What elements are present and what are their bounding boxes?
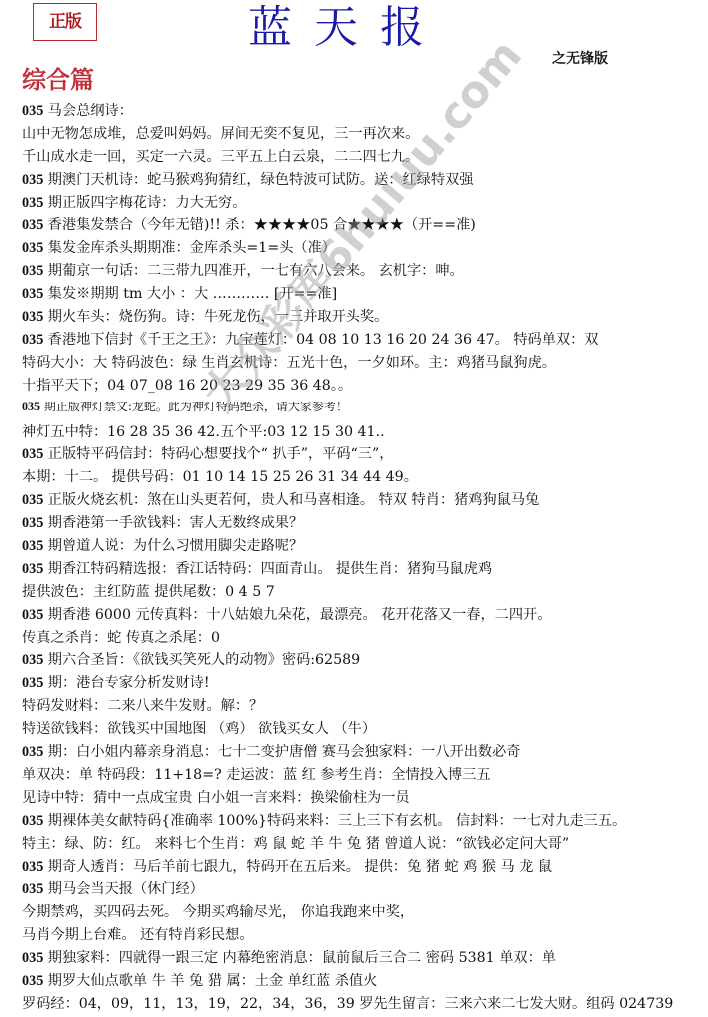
line-text: 期香港第一手欲钱料：害人无数终成果？ <box>43 515 303 531</box>
line-text: 特码大小：大 特码波色：绿 生肖玄机诗：五光十色，一夕如环。主：鸡猪马鼠狗虎。 <box>22 355 556 371</box>
text-line: 035 期罗大仙点歌单 牛 羊 兔 猎 属：土金 单红蓝 杀值火 <box>22 970 702 993</box>
text-line: 罗码经：04，09，11，13，19，22，34，36，39 罗先生留言：三来六… <box>22 993 702 1016</box>
text-line: 特送欲钱料：欲钱买中国地图 （鸡） 欲钱买女人 （牛） <box>22 718 702 741</box>
issue-number: 035 <box>22 240 43 256</box>
content-body: 035 马会总纲诗：山中无物怎成堆，总爱叫妈妈。屏间无奕不复见，三一再次来。千山… <box>22 100 702 1016</box>
section-heading: 综合篇 <box>22 60 94 95</box>
issue-number: 035 <box>22 881 43 897</box>
line-text: 期：港台专家分析发财诗! <box>43 675 209 691</box>
text-line: 035 期香港 6000 元传真料：十八姑娘九朵花，最漂亮。 花开花落又一春，二… <box>22 604 702 627</box>
line-text: 期曾道人说：为什么习惯用脚尖走路呢？ <box>43 538 303 554</box>
genuine-stamp: 正版 <box>33 3 97 41</box>
issue-number: 035 <box>22 973 43 989</box>
line-text: 期香港 6000 元传真料：十八姑娘九朵花，最漂亮。 花开花落又一春，二四开。 <box>43 607 551 623</box>
text-line: 035 马会总纲诗： <box>22 100 702 123</box>
issue-number: 035 <box>22 217 43 233</box>
issue-number: 035 <box>22 813 43 829</box>
issue-number: 035 <box>22 675 43 691</box>
text-line: 马肖今期上台难。 还有特肖彩民想。 <box>22 924 702 947</box>
line-text: 集发金库杀头期期准：金库杀头=1=头（准） <box>43 240 336 256</box>
newspaper-title: 蓝天报 <box>248 2 446 54</box>
text-line: 035 期正版四字梅花诗：力大无穷。 <box>22 192 702 215</box>
line-text: 山中无物怎成堆，总爱叫妈妈。屏间无奕不复见，三一再次来。 <box>22 126 419 142</box>
line-text: 期葡京一句话：二三带九四准开，一七有六八会来。 玄机字：呻。 <box>43 263 463 279</box>
line-text: 期香江特码精选报：香江话特码：四面青山。 提供生肖：猪狗马鼠虎鸡 <box>43 561 492 577</box>
line-text: 见诗中特：猜中一点成宝贵 白小姐一言来料：换梁偷柱为一员 <box>22 790 410 806</box>
line-text: 十指平天下；04 07_08 16 20 23 29 35 36 48。。 <box>22 378 352 394</box>
line-text: 集发※期期 tm 大小 ：大 ………… [开==准] <box>43 286 337 302</box>
line-text: 本期：十二。 提供号码：01 10 14 15 25 26 31 34 44 4… <box>22 469 418 485</box>
line-text: 特送欲钱料：欲钱买中国地图 （鸡） 欲钱买女人 （牛） <box>22 721 376 737</box>
text-line: 035 期独家料：四就得一跟三定 内幕绝密消息：鼠前鼠后三合二 密码 5381 … <box>22 947 702 970</box>
text-line: 035 集发金库杀头期期准：金库杀头=1=头（准） <box>22 237 702 260</box>
line-text: 单双决：单 特码段：11+18=? 走运波：蓝 红 参考生肖：全情投入博三五 <box>22 767 491 783</box>
text-line: 十指平天下；04 07_08 16 20 23 29 35 36 48。。 <box>22 375 702 398</box>
line-text: 传真之杀肖：蛇 传真之杀尾：0 <box>22 630 220 646</box>
line-text: 神灯五中特：16 28 35 36 42.五个平:03 12 15 30 41.… <box>22 424 385 440</box>
text-line: 035 期曾道人说：为什么习惯用脚尖走路呢？ <box>22 535 702 558</box>
line-text: 期独家料：四就得一跟三定 内幕绝密消息：鼠前鼠后三合二 密码 5381 单双：单 <box>43 950 556 966</box>
text-line: 035 期火车头：烧伤狗。诗：牛死龙伤，一三并取开头奖。 <box>22 306 702 329</box>
line-text: 期火车头：烧伤狗。诗：牛死龙伤，一三并取开头奖。 <box>43 309 388 325</box>
line-text: 今期禁鸡，买四码去死。 今期买鸡输尽光， 你追我跑来中奖， <box>22 904 414 920</box>
issue-number: 035 <box>22 195 43 211</box>
text-line: 035 期香江特码精选报：香江话特码：四面青山。 提供生肖：猪狗马鼠虎鸡 <box>22 558 702 581</box>
issue-number: 035 <box>22 744 43 760</box>
text-line: 035 正版特平码信封：特码心想要找个“ 扒手”，平码“三”， <box>22 443 702 466</box>
line-text: 马会总纲诗： <box>43 103 133 119</box>
text-line: 今期禁鸡，买四码去死。 今期买鸡输尽光， 你追我跑来中奖， <box>22 901 702 924</box>
issue-number: 035 <box>22 492 43 508</box>
line-text: 期罗大仙点歌单 牛 羊 兔 猎 属：土金 单红蓝 杀值火 <box>43 973 377 989</box>
text-line: 传真之杀肖：蛇 传真之杀尾：0 <box>22 627 702 650</box>
text-line: 035 期六合圣旨：《欲钱买笑死人的动物》密码:62589 <box>22 649 702 672</box>
text-line: 特码发财料：二来八来牛发财。解：？ <box>22 695 702 718</box>
text-line: 035 期正版神灯禁文:龙蛇。此为神灯特码绝杀，请大家参考！ <box>22 402 702 416</box>
line-text: 罗码经：04，09，11，13，19，22，34，36，39 罗先生留言：三来六… <box>22 996 673 1012</box>
line-text: 特码发财料：二来八来牛发财。解：？ <box>22 698 263 714</box>
line-text: 特主：绿、防：红。 来料七个生肖：鸡 鼠 蛇 羊 牛 兔 猪 曾道人说：“欲钱必… <box>22 836 569 852</box>
line-text: 期：白小姐内幕亲身消息：七十二变护唐僧 赛马会独家料：一八开出数必奇 <box>43 744 520 760</box>
issue-number: 035 <box>22 172 43 188</box>
issue-number: 035 <box>22 607 43 623</box>
line-text: 提供波色：主红防蓝 提供尾数：0 4 5 7 <box>22 584 275 600</box>
text-line: 035 正版火烧玄机：煞在山头更若何，贵人和马喜相逢。 特双 特肖：猪鸡狗鼠马兔 <box>22 489 702 512</box>
line-text: 期裸体美女献特码{准确率 100%}特码来料：三上三下有玄机。 信封料：一七对九… <box>43 813 626 829</box>
text-line: 035 期奇人透肖：马后羊前七跟九，特码开在五后来。 提供：兔 猪 蛇 鸡 猴 … <box>22 856 702 879</box>
line-text: 期正版神灯禁文:龙蛇。此为神灯特码绝杀，请大家参考！ <box>40 402 348 413</box>
text-line: 035 期裸体美女献特码{准确率 100%}特码来料：三上三下有玄机。 信封料：… <box>22 810 702 833</box>
issue-number: 035 <box>22 309 43 325</box>
text-line: 035 期马会当天报（休门经） <box>22 878 702 901</box>
line-text: 香港地下信封《千王之王》：九宝莲灯：04 08 10 13 16 20 24 3… <box>43 332 598 348</box>
issue-number: 035 <box>22 950 43 966</box>
issue-number: 035 <box>22 538 43 554</box>
issue-number: 035 <box>22 332 43 348</box>
text-line: 特码大小：大 特码波色：绿 生肖玄机诗：五光十色，一夕如环。主：鸡猪马鼠狗虎。 <box>22 352 702 375</box>
line-text: 期正版四字梅花诗：力大无穷。 <box>43 195 246 211</box>
text-line: 035 期：白小姐内幕亲身消息：七十二变护唐僧 赛马会独家料：一八开出数必奇 <box>22 741 702 764</box>
issue-number: 035 <box>22 402 40 413</box>
text-line: 035 期葡京一句话：二三带九四准开，一七有六八会来。 玄机字：呻。 <box>22 260 702 283</box>
line-text: 正版特平码信封：特码心想要找个“ 扒手”，平码“三”， <box>43 446 393 462</box>
line-text: 期奇人透肖：马后羊前七跟九，特码开在五后来。 提供：兔 猪 蛇 鸡 猴 马 龙 … <box>43 859 552 875</box>
issue-number: 035 <box>22 286 43 302</box>
text-line: 山中无物怎成堆，总爱叫妈妈。屏间无奕不复见，三一再次来。 <box>22 123 702 146</box>
text-line: 千山成水走一回，买定一六灵。三平五上白云泉，二二四七九。 <box>22 146 702 169</box>
issue-number: 035 <box>22 263 43 279</box>
line-text: 正版火烧玄机：煞在山头更若何，贵人和马喜相逢。 特双 特肖：猪鸡狗鼠马兔 <box>43 492 539 508</box>
text-line: 特主：绿、防：红。 来料七个生肖：鸡 鼠 蛇 羊 牛 兔 猪 曾道人说：“欲钱必… <box>22 833 702 856</box>
text-line: 035 集发※期期 tm 大小 ：大 ………… [开==准] <box>22 283 702 306</box>
line-text: 香港集发禁合（今年无错)!! 杀：★★★★05 合★★★★（开==准) <box>43 217 476 233</box>
line-text: 期六合圣旨：《欲钱买笑死人的动物》密码:62589 <box>43 652 360 668</box>
text-line: 035 期：港台专家分析发财诗! <box>22 672 702 695</box>
text-line: 见诗中特：猜中一点成宝贵 白小姐一言来料：换梁偷柱为一员 <box>22 787 702 810</box>
line-text: 千山成水走一回，买定一六灵。三平五上白云泉，二二四七九。 <box>22 149 419 165</box>
text-line: 提供波色：主红防蓝 提供尾数：0 4 5 7 <box>22 581 702 604</box>
issue-number: 035 <box>22 103 43 119</box>
issue-number: 035 <box>22 652 43 668</box>
text-line: 单双决：单 特码段：11+18=? 走运波：蓝 红 参考生肖：全情投入博三五 <box>22 764 702 787</box>
edition-subtitle: 之无锋版 <box>552 48 608 68</box>
line-text: 期马会当天报（休门经） <box>43 881 204 897</box>
line-text: 期澳门天机诗：蛇马猴鸡狗猜红，绿色特波可试防。送：红绿特双强 <box>43 172 473 188</box>
issue-number: 035 <box>22 859 43 875</box>
line-text: 马肖今期上台难。 还有特肖彩民想。 <box>22 927 254 943</box>
text-line: 本期：十二。 提供号码：01 10 14 15 25 26 31 34 44 4… <box>22 466 702 489</box>
text-line: 035 香港集发禁合（今年无错)!! 杀：★★★★05 合★★★★（开==准) <box>22 214 702 237</box>
issue-number: 035 <box>22 561 43 577</box>
issue-number: 035 <box>22 515 43 531</box>
text-line: 035 香港地下信封《千王之王》：九宝莲灯：04 08 10 13 16 20 … <box>22 329 702 352</box>
text-line: 神灯五中特：16 28 35 36 42.五个平:03 12 15 30 41.… <box>22 421 702 444</box>
text-line: 035 期澳门天机诗：蛇马猴鸡狗猜红，绿色特波可试防。送：红绿特双强 <box>22 169 702 192</box>
text-line: 035 期香港第一手欲钱料：害人无数终成果？ <box>22 512 702 535</box>
issue-number: 035 <box>22 446 43 462</box>
